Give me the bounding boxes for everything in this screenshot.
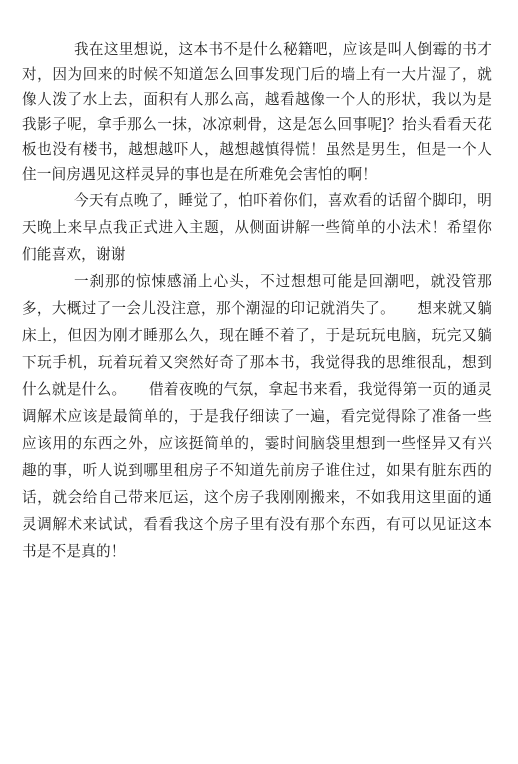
document-page: 我在这里想说，这本书不是什么秘籍吧，应该是叫人倒霉的书才对，因为回来的时候不知道… (0, 0, 518, 764)
paragraph-3: 一刹那的惊悚感涌上心头，不过想想可能是回潮吧，就没管那多，大概过了一会儿没注意，… (22, 269, 492, 566)
paragraph-1: 我在这里想说，这本书不是什么秘籍吧，应该是叫人倒霉的书才对，因为回来的时候不知道… (22, 38, 492, 188)
paragraph-2: 今天有点晚了，睡觉了，怕吓着你们，喜欢看的话留个脚印，明天晚上来早点我正式进入主… (22, 188, 492, 269)
